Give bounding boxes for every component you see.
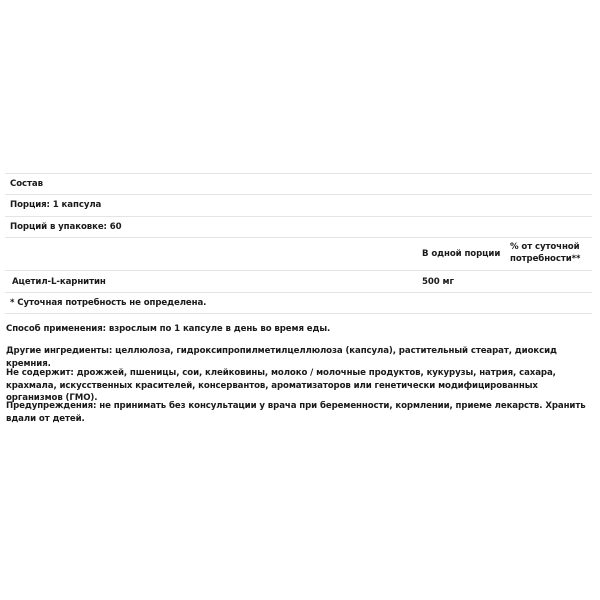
column-header-daily-value-line2: потребности** — [510, 254, 580, 264]
footnote-row: * Суточная потребность не определена. — [5, 292, 592, 313]
serving-size-row: Порция: 1 капсула — [5, 194, 592, 216]
facts-title: Состав — [10, 179, 43, 189]
servings-per-container-row: Порций в упаковке: 60 — [5, 216, 592, 237]
table-bottom-border — [5, 313, 592, 314]
column-header-per-serving: В одной порции — [422, 249, 500, 259]
servings-per-container: Порций в упаковке: 60 — [10, 222, 122, 232]
footnote: * Суточная потребность не определена. — [10, 298, 206, 308]
ingredient-amount: 500 мг — [422, 277, 454, 287]
warnings-text: Предупреждения: не принимать без консуль… — [6, 400, 594, 425]
ingredient-row: Ацетил-L-карнитин 500 мг — [5, 270, 592, 292]
column-header-daily-value-line1: % от суточной — [510, 242, 580, 252]
ingredient-name: Ацетил-L-карнитин — [12, 277, 106, 287]
usage-text: Способ применения: взрослым по 1 капсуле… — [6, 323, 594, 336]
does-not-contain-text: Не содержит: дрожжей, пшеницы, сои, клей… — [6, 367, 594, 405]
column-header-row: В одной порции % от суточной потребности… — [5, 237, 592, 270]
facts-title-row: Состав — [5, 173, 592, 194]
serving-size: Порция: 1 капсула — [10, 200, 101, 210]
